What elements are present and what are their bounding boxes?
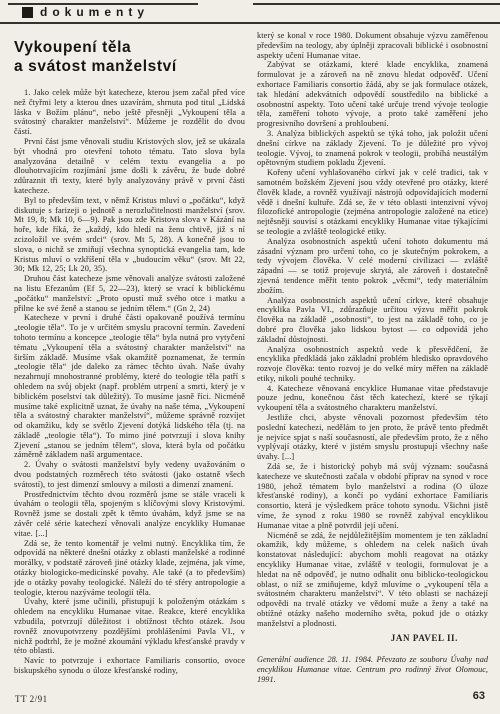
right-column-text: který se konal v roce 1980. Dokument obs… xyxy=(257,31,488,629)
paragraph: Navíc to potvrzuje i exhortace Familiari… xyxy=(14,656,245,676)
page-number: 63 xyxy=(473,690,485,702)
paragraph: Zdá se, že tento komentář je velmi nutný… xyxy=(14,539,245,598)
author-signature: JAN PAVEL II. xyxy=(257,633,488,643)
paragraph: Analýza osobnostních aspektů učení církv… xyxy=(257,296,488,345)
paragraph: Zabývat se otázkami, které klade encykli… xyxy=(257,60,488,129)
article-title: Vykoupení těla a svátost manželství xyxy=(14,38,245,76)
paragraph: který se konal v roce 1980. Dokument obs… xyxy=(257,31,488,60)
document-page: dokumenty Vykoupení těla a svátost manže… xyxy=(0,0,500,714)
paragraph: Kořeny učení vyhlašovaného církví jak v … xyxy=(257,168,488,237)
article-title-line1: Vykoupení těla xyxy=(14,39,131,56)
paragraph: 3. Analýza biblických aspektů se týká to… xyxy=(257,129,488,168)
paragraph: Byl to především text, v němž Kristus ml… xyxy=(14,196,245,274)
paragraph: Zdá se, že i historický pohyb má svůj vý… xyxy=(257,462,488,531)
paragraph: Jestliže chci, abyste věnovali pozornost… xyxy=(257,413,488,462)
text-columns: Vykoupení těla a svátost manželství 1. J… xyxy=(14,26,488,686)
paragraph: Úvahy, které jsme učinili, přistupují k … xyxy=(14,597,245,656)
paragraph: Nicméně se zdá, že nejdůležitějším momen… xyxy=(257,531,488,629)
issue-label: TT 2/91 xyxy=(15,694,48,704)
paragraph: Analýza osobnostních aspektů vede k přes… xyxy=(257,345,488,384)
section-square-icon xyxy=(22,7,33,18)
paragraph: Analýza osobnostních aspektů učení tohot… xyxy=(257,237,488,296)
section-label: dokumenty xyxy=(40,5,149,19)
article-title-line2: a svátost manželství xyxy=(14,58,177,75)
paragraph: První část jsme věnovali studiu Kristový… xyxy=(14,137,245,196)
paragraph: Prostřednictvím těchto dvou rozměrů jsme… xyxy=(14,490,245,539)
source-note: Generální audience 28. 11. 1984. Převzat… xyxy=(257,655,488,685)
paragraph: 2. Úvahy o svátosti manželství byly vede… xyxy=(14,460,245,489)
paragraph: Druhou část katecheze jsme věnovali anal… xyxy=(14,274,245,313)
left-column-text: 1. Jako celek může být katecheze, kterou… xyxy=(14,88,245,676)
paragraph: 4. Katecheze věnovaná encyklice Humanae … xyxy=(257,384,488,413)
section-header: dokumenty xyxy=(22,5,149,19)
left-column: Vykoupení těla a svátost manželství 1. J… xyxy=(14,26,245,686)
paragraph: 1. Jako celek může být katecheze, kterou… xyxy=(14,88,245,137)
header-rule xyxy=(0,22,500,24)
paragraph: Katecheze v první i druhé části opakovan… xyxy=(14,313,245,460)
right-column: který se konal v roce 1980. Dokument obs… xyxy=(257,26,488,686)
